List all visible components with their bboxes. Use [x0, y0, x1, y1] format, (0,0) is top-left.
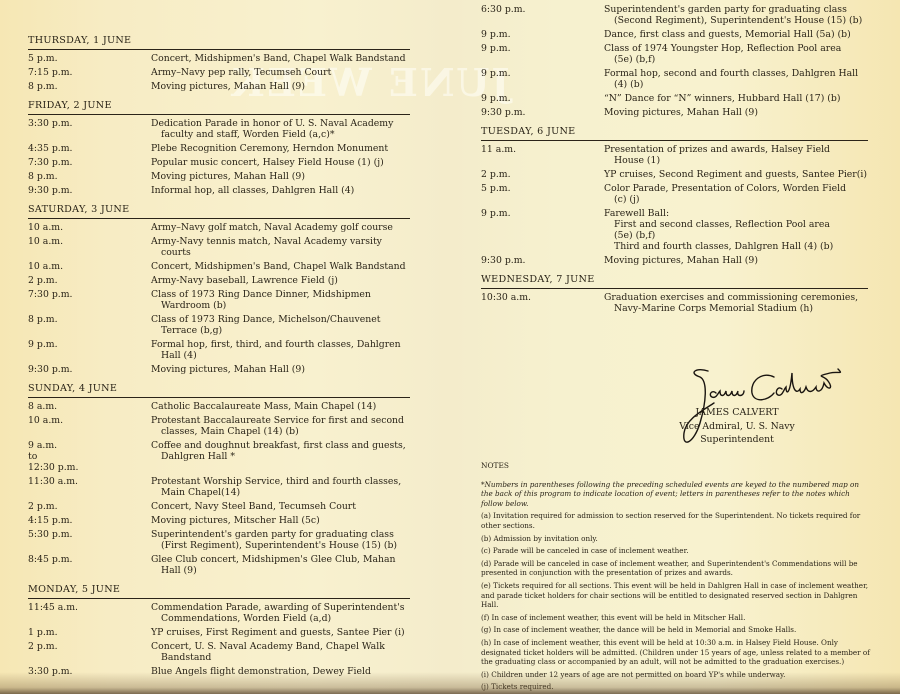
- event-description: Superintendent's garden party for gradua…: [151, 529, 410, 551]
- day-heading: TUESDAY, 6 JUNE: [481, 126, 868, 141]
- note-item: (d) Parade will be canceled in case of i…: [481, 559, 871, 578]
- event-line: Class of 1974 Youngster Hop, Reflection …: [604, 43, 868, 54]
- notes-section: NOTES *Numbers in parentheses following …: [481, 461, 871, 694]
- event-line: Concert, Midshipmen's Band, Chapel Walk …: [151, 53, 410, 64]
- note-item: (a) Invitation required for admission to…: [481, 511, 871, 530]
- event-line: Commendation Parade, awarding of Superin…: [151, 602, 410, 613]
- event-line: faculty and staff, Worden Field (a,c)*: [151, 129, 410, 140]
- day-heading: FRIDAY, 2 JUNE: [28, 100, 410, 115]
- event-description: Formal hop, first, third, and fourth cla…: [151, 339, 410, 361]
- event-description: Blue Angels flight demonstration, Dewey …: [151, 666, 410, 677]
- note-item: (h) In case of inclement weather, this e…: [481, 638, 871, 667]
- event-time: 9 p.m.: [481, 93, 604, 104]
- event-description: Protestant Worship Service, third and fo…: [151, 476, 410, 498]
- event-row: 1 p.m.YP cruises, First Regiment and gue…: [28, 627, 410, 638]
- event-time: 8:45 p.m.: [28, 554, 151, 576]
- event-row: 10 a.m.Protestant Baccalaureate Service …: [28, 415, 410, 437]
- event-row: 7:15 p.m.Army–Navy pep rally, Tecumseh C…: [28, 67, 410, 78]
- event-line: Superintendent's garden party for gradua…: [604, 4, 868, 15]
- day-section: 6:30 p.m.Superintendent's garden party f…: [481, 4, 868, 118]
- event-line: (5e) (b,f): [604, 230, 868, 241]
- event-description: Formal hop, second and fourth classes, D…: [604, 68, 868, 90]
- event-time: 9 a.m. to 12:30 p.m.: [28, 440, 151, 473]
- event-time: 10 a.m.: [28, 236, 151, 258]
- day-section: SATURDAY, 3 JUNE10 a.m.Army–Navy golf ma…: [28, 204, 410, 375]
- event-line: Moving pictures, Mahan Hall (9): [604, 255, 868, 266]
- event-row: 5 p.m.Color Parade, Presentation of Colo…: [481, 183, 868, 205]
- event-row: 2 p.m.Army-Navy baseball, Lawrence Field…: [28, 275, 410, 286]
- day-heading: SATURDAY, 3 JUNE: [28, 204, 410, 219]
- event-line: Dedication Parade in honor of U. S. Nava…: [151, 118, 410, 129]
- event-time: 7:30 p.m.: [28, 289, 151, 311]
- note-item: (g) In case of inclement weather, the da…: [481, 625, 871, 635]
- event-line: Moving pictures, Mahan Hall (9): [151, 81, 410, 92]
- event-time: 11 a.m.: [481, 144, 604, 166]
- event-row: 9:30 p.m.Moving pictures, Mahan Hall (9): [481, 255, 868, 266]
- event-description: YP cruises, Second Regiment and guests, …: [604, 169, 868, 180]
- notes-intro: *Numbers in parentheses following the pr…: [481, 480, 871, 509]
- event-line: courts: [151, 247, 410, 258]
- event-time: 9:30 p.m.: [481, 255, 604, 266]
- event-line: Concert, Navy Steel Band, Tecumseh Court: [151, 501, 410, 512]
- day-section: TUESDAY, 6 JUNE11 a.m.Presentation of pr…: [481, 126, 868, 266]
- event-row: 11 a.m.Presentation of prizes and awards…: [481, 144, 868, 166]
- event-row: 6:30 p.m.Superintendent's garden party f…: [481, 4, 868, 26]
- event-time: 5 p.m.: [481, 183, 604, 205]
- day-section: THURSDAY, 1 JUNE5 p.m.Concert, Midshipme…: [28, 35, 410, 92]
- note-item: (i) Children under 12 years of age are n…: [481, 670, 871, 680]
- event-line: Class of 1973 Ring Dance Dinner, Midship…: [151, 289, 410, 300]
- event-time: 7:15 p.m.: [28, 67, 151, 78]
- event-line: Graduation exercises and commissioning c…: [604, 292, 868, 303]
- event-row: 9 p.m.Class of 1974 Youngster Hop, Refle…: [481, 43, 868, 65]
- event-description: Army–Navy golf match, Naval Academy golf…: [151, 222, 410, 233]
- day-section: WEDNESDAY, 7 JUNE10:30 a.m.Graduation ex…: [481, 274, 868, 314]
- event-time: 7:30 p.m.: [28, 157, 151, 168]
- event-line: (c) (j): [604, 194, 868, 205]
- event-description: Class of 1973 Ring Dance Dinner, Midship…: [151, 289, 410, 311]
- event-description: Concert, Midshipmen's Band, Chapel Walk …: [151, 53, 410, 64]
- event-line: (First Regiment), Superintendent's House…: [151, 540, 410, 551]
- event-description: “N” Dance for “N” winners, Hubbard Hall …: [604, 93, 868, 104]
- event-line: Moving pictures, Mahan Hall (9): [604, 107, 868, 118]
- event-description: Plebe Recognition Ceremony, Herndon Monu…: [151, 143, 410, 154]
- schedule-right-column: 6:30 p.m.Superintendent's garden party f…: [481, 4, 868, 317]
- signatory-role: Superintendent: [606, 434, 868, 445]
- event-time: 2 p.m.: [481, 169, 604, 180]
- event-description: Class of 1973 Ring Dance, Michelson/Chau…: [151, 314, 410, 336]
- event-line: Dance, first class and guests, Memorial …: [604, 29, 868, 40]
- event-row: 2 p.m.Concert, Navy Steel Band, Tecumseh…: [28, 501, 410, 512]
- event-line: Protestant Worship Service, third and fo…: [151, 476, 410, 487]
- event-description: Dance, first class and guests, Memorial …: [604, 29, 868, 40]
- event-description: Glee Club concert, Midshipmen's Glee Clu…: [151, 554, 410, 576]
- event-time: 9 p.m.: [481, 29, 604, 40]
- event-line: Navy-Marine Corps Memorial Stadium (h): [604, 303, 868, 314]
- day-heading: WEDNESDAY, 7 JUNE: [481, 274, 868, 289]
- event-time: 8 p.m.: [28, 81, 151, 92]
- event-description: Moving pictures, Mahan Hall (9): [151, 81, 410, 92]
- event-time: 10 a.m.: [28, 222, 151, 233]
- event-description: Dedication Parade in honor of U. S. Nava…: [151, 118, 410, 140]
- event-row: 8 p.m.Class of 1973 Ring Dance, Michelso…: [28, 314, 410, 336]
- notes-heading: NOTES: [481, 461, 871, 471]
- event-line: Army–Navy pep rally, Tecumseh Court: [151, 67, 410, 78]
- event-line: Army-Navy tennis match, Naval Academy va…: [151, 236, 410, 247]
- event-row: 7:30 p.m.Popular music concert, Halsey F…: [28, 157, 410, 168]
- event-row: 9:30 p.m.Moving pictures, Mahan Hall (9): [28, 364, 410, 375]
- event-line: Moving pictures, Mitscher Hall (5c): [151, 515, 410, 526]
- event-row: 9:30 p.m.Informal hop, all classes, Dahl…: [28, 185, 410, 196]
- event-time: 5:30 p.m.: [28, 529, 151, 551]
- event-time: 11:45 a.m.: [28, 602, 151, 624]
- event-line: Moving pictures, Mahan Hall (9): [151, 171, 410, 182]
- event-line: Bandstand: [151, 652, 410, 663]
- event-description: Moving pictures, Mahan Hall (9): [604, 107, 868, 118]
- event-description: Concert, Navy Steel Band, Tecumseh Court: [151, 501, 410, 512]
- event-description: YP cruises, First Regiment and guests, S…: [151, 627, 410, 638]
- event-time: 6:30 p.m.: [481, 4, 604, 26]
- event-description: Moving pictures, Mahan Hall (9): [151, 364, 410, 375]
- note-item: (b) Admission by invitation only.: [481, 534, 871, 544]
- event-description: Concert, U. S. Naval Academy Band, Chape…: [151, 641, 410, 663]
- event-line: Protestant Baccalaureate Service for fir…: [151, 415, 410, 426]
- event-line: Formal hop, second and fourth classes, D…: [604, 68, 868, 79]
- event-row: 3:30 p.m.Blue Angels flight demonstratio…: [28, 666, 410, 677]
- day-heading: THURSDAY, 1 JUNE: [28, 35, 410, 50]
- event-time: 4:15 p.m.: [28, 515, 151, 526]
- note-item: (f) In case of inclement weather, this e…: [481, 613, 871, 623]
- event-row: 9 p.m.Formal hop, second and fourth clas…: [481, 68, 868, 90]
- event-description: Army–Navy pep rally, Tecumseh Court: [151, 67, 410, 78]
- day-heading: MONDAY, 5 JUNE: [28, 584, 410, 599]
- event-time: 8 p.m.: [28, 314, 151, 336]
- event-line: Superintendent's garden party for gradua…: [151, 529, 410, 540]
- event-line: Coffee and doughnut breakfast, first cla…: [151, 440, 410, 451]
- event-row: 8:45 p.m.Glee Club concert, Midshipmen's…: [28, 554, 410, 576]
- event-description: Presentation of prizes and awards, Halse…: [604, 144, 868, 166]
- event-time: 8 p.m.: [28, 171, 151, 182]
- event-row: 4:35 p.m.Plebe Recognition Ceremony, Her…: [28, 143, 410, 154]
- event-line: YP cruises, Second Regiment and guests, …: [604, 169, 868, 180]
- event-time: 4:35 p.m.: [28, 143, 151, 154]
- event-line: “N” Dance for “N” winners, Hubbard Hall …: [604, 93, 868, 104]
- event-row: 7:30 p.m.Class of 1973 Ring Dance Dinner…: [28, 289, 410, 311]
- event-description: Moving pictures, Mahan Hall (9): [604, 255, 868, 266]
- event-line: Wardroom (b): [151, 300, 410, 311]
- event-line: (4) (b): [604, 79, 868, 90]
- event-line: Concert, U. S. Naval Academy Band, Chape…: [151, 641, 410, 652]
- event-line: Formal hop, first, third, and fourth cla…: [151, 339, 410, 350]
- event-time: 9:30 p.m.: [481, 107, 604, 118]
- event-line: Popular music concert, Halsey Field Hous…: [151, 157, 410, 168]
- event-time: 3:30 p.m.: [28, 666, 151, 677]
- event-line: (5e) (b,f): [604, 54, 868, 65]
- event-line: Concert, Midshipmen's Band, Chapel Walk …: [151, 261, 410, 272]
- event-line: Presentation of prizes and awards, Halse…: [604, 144, 868, 155]
- event-time: 9 p.m.: [28, 339, 151, 361]
- event-row: 10 a.m.Concert, Midshipmen's Band, Chape…: [28, 261, 410, 272]
- event-line: Catholic Baccalaureate Mass, Main Chapel…: [151, 401, 410, 412]
- event-row: 11:30 a.m.Protestant Worship Service, th…: [28, 476, 410, 498]
- day-section: FRIDAY, 2 JUNE3:30 p.m.Dedication Parade…: [28, 100, 410, 196]
- event-row: 3:30 p.m.Dedication Parade in honor of U…: [28, 118, 410, 140]
- event-line: (Second Regiment), Superintendent's Hous…: [604, 15, 868, 26]
- event-description: Moving pictures, Mahan Hall (9): [151, 171, 410, 182]
- notes-list: (a) Invitation required for admission to…: [481, 511, 871, 692]
- event-description: Class of 1974 Youngster Hop, Reflection …: [604, 43, 868, 65]
- event-line: Army–Navy golf match, Naval Academy golf…: [151, 222, 410, 233]
- event-description: Informal hop, all classes, Dahlgren Hall…: [151, 185, 410, 196]
- event-line: Plebe Recognition Ceremony, Herndon Monu…: [151, 143, 410, 154]
- event-description: Popular music concert, Halsey Field Hous…: [151, 157, 410, 168]
- event-description: Protestant Baccalaureate Service for fir…: [151, 415, 410, 437]
- event-row: 9 p.m.“N” Dance for “N” winners, Hubbard…: [481, 93, 868, 104]
- note-item: (e) Tickets required for all sections. T…: [481, 581, 871, 610]
- event-line: Glee Club concert, Midshipmen's Glee Clu…: [151, 554, 410, 565]
- event-line: Blue Angels flight demonstration, Dewey …: [151, 666, 410, 677]
- event-line: Terrace (b,g): [151, 325, 410, 336]
- event-time: 10 a.m.: [28, 261, 151, 272]
- event-description: Army-Navy baseball, Lawrence Field (j): [151, 275, 410, 286]
- event-row: 4:15 p.m.Moving pictures, Mitscher Hall …: [28, 515, 410, 526]
- event-time: 8 a.m.: [28, 401, 151, 412]
- event-time: 10 a.m.: [28, 415, 151, 437]
- event-row: 10 a.m.Army–Navy golf match, Naval Acade…: [28, 222, 410, 233]
- event-row: 2 p.m.YP cruises, Second Regiment and gu…: [481, 169, 868, 180]
- event-description: Color Parade, Presentation of Colors, Wo…: [604, 183, 868, 205]
- event-line: Color Parade, Presentation of Colors, Wo…: [604, 183, 868, 194]
- event-time: 2 p.m.: [28, 641, 151, 663]
- event-row: 2 p.m.Concert, U. S. Naval Academy Band,…: [28, 641, 410, 663]
- event-time: 9 p.m.: [481, 208, 604, 252]
- event-row: 5 p.m.Concert, Midshipmen's Band, Chapel…: [28, 53, 410, 64]
- event-time: 9:30 p.m.: [28, 364, 151, 375]
- event-line: Commendations, Worden Field (a,d): [151, 613, 410, 624]
- event-line: Main Chapel(14): [151, 487, 410, 498]
- event-row: 10:30 a.m.Graduation exercises and commi…: [481, 292, 868, 314]
- note-item: (c) Parade will be canceled in case of i…: [481, 546, 871, 556]
- event-line: Moving pictures, Mahan Hall (9): [151, 364, 410, 375]
- event-row: 11:45 a.m.Commendation Parade, awarding …: [28, 602, 410, 624]
- schedule-left-column: THURSDAY, 1 JUNE5 p.m.Concert, Midshipme…: [28, 27, 410, 680]
- event-time: 11:30 a.m.: [28, 476, 151, 498]
- event-description: Concert, Midshipmen's Band, Chapel Walk …: [151, 261, 410, 272]
- event-time: 3:30 p.m.: [28, 118, 151, 140]
- event-description: Coffee and doughnut breakfast, first cla…: [151, 440, 410, 473]
- event-row: 8 a.m.Catholic Baccalaureate Mass, Main …: [28, 401, 410, 412]
- event-description: Catholic Baccalaureate Mass, Main Chapel…: [151, 401, 410, 412]
- event-description: Superintendent's garden party for gradua…: [604, 4, 868, 26]
- event-time: 5 p.m.: [28, 53, 151, 64]
- note-item: (j) Tickets required.: [481, 682, 871, 692]
- event-row: 9 p.m.Farewell Ball:First and second cla…: [481, 208, 868, 252]
- signatory-title: Vice Admiral, U. S. Navy: [606, 421, 868, 432]
- event-row: 8 p.m.Moving pictures, Mahan Hall (9): [28, 81, 410, 92]
- event-description: Army-Navy tennis match, Naval Academy va…: [151, 236, 410, 258]
- event-time: 9 p.m.: [481, 43, 604, 65]
- event-line: Hall (9): [151, 565, 410, 576]
- event-row: 9 p.m.Dance, first class and guests, Mem…: [481, 29, 868, 40]
- event-line: YP cruises, First Regiment and guests, S…: [151, 627, 410, 638]
- event-line: Informal hop, all classes, Dahlgren Hall…: [151, 185, 410, 196]
- event-row: 9 a.m. to 12:30 p.m.Coffee and doughnut …: [28, 440, 410, 473]
- day-section: MONDAY, 5 JUNE11:45 a.m.Commendation Par…: [28, 584, 410, 677]
- event-time: 1 p.m.: [28, 627, 151, 638]
- event-description: Graduation exercises and commissioning c…: [604, 292, 868, 314]
- event-row: 8 p.m.Moving pictures, Mahan Hall (9): [28, 171, 410, 182]
- event-line: First and second classes, Reflection Poo…: [604, 219, 868, 230]
- event-row: 9 p.m.Formal hop, first, third, and four…: [28, 339, 410, 361]
- event-line: Class of 1973 Ring Dance, Michelson/Chau…: [151, 314, 410, 325]
- event-row: 5:30 p.m.Superintendent's garden party f…: [28, 529, 410, 551]
- event-description: Farewell Ball:First and second classes, …: [604, 208, 868, 252]
- event-time: 9:30 p.m.: [28, 185, 151, 196]
- signatory-name: JAMES CALVERT: [606, 407, 868, 418]
- event-line: Hall (4): [151, 350, 410, 361]
- day-section: SUNDAY, 4 JUNE8 a.m.Catholic Baccalaurea…: [28, 383, 410, 576]
- event-description: Commendation Parade, awarding of Superin…: [151, 602, 410, 624]
- day-heading: SUNDAY, 4 JUNE: [28, 383, 410, 398]
- event-line: classes, Main Chapel (14) (b): [151, 426, 410, 437]
- event-line: Army-Navy baseball, Lawrence Field (j): [151, 275, 410, 286]
- event-line: Farewell Ball:: [604, 208, 868, 219]
- event-time: 10:30 a.m.: [481, 292, 604, 314]
- event-line: House (1): [604, 155, 868, 166]
- event-time: 2 p.m.: [28, 501, 151, 512]
- event-description: Moving pictures, Mitscher Hall (5c): [151, 515, 410, 526]
- event-time: 9 p.m.: [481, 68, 604, 90]
- event-line: Dahlgren Hall *: [151, 451, 410, 462]
- event-row: 9:30 p.m.Moving pictures, Mahan Hall (9): [481, 107, 868, 118]
- event-time: 2 p.m.: [28, 275, 151, 286]
- event-row: 10 a.m.Army-Navy tennis match, Naval Aca…: [28, 236, 410, 258]
- event-line: Third and fourth classes, Dahlgren Hall …: [604, 241, 868, 252]
